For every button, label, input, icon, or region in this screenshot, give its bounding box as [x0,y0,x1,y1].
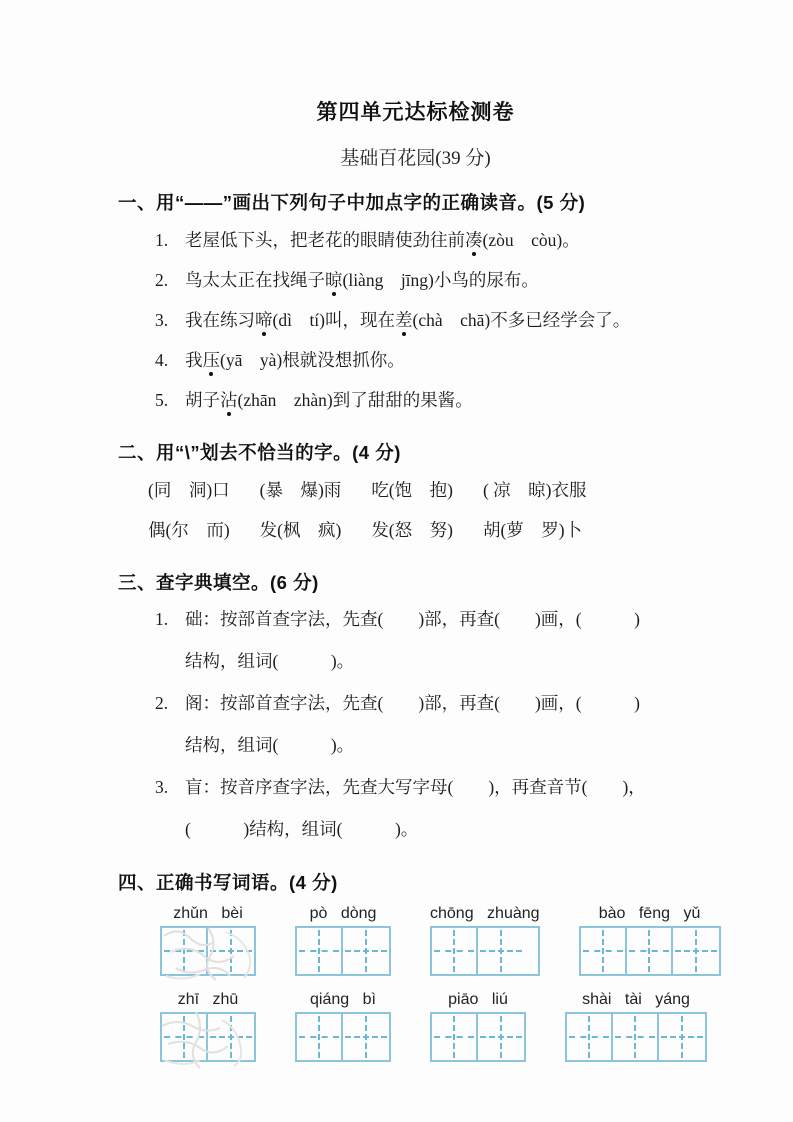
dotted-char: 啼 [255,310,273,330]
item-text: 我在练习啼(dì tí)叫，现在差(chà chā)不多已经学会了。 [185,300,630,340]
item-line-2: 结构，组词( )。 [185,640,640,682]
tianzige-grid [295,926,391,976]
writing-group: zhǔn bèi [160,905,256,976]
writing-row-1: zhǔn bèi pò dòng chōng zhuàng bào fēng y… [160,905,713,976]
page-subtitle: 基础百花园(39 分) [118,143,713,170]
word-choice-row-1: (同 洞)口 (暴 爆)雨 吃(饱 抱) ( 凉 晾)衣服 [148,470,713,510]
tianzige-cell [478,1014,524,1060]
item-line-1: 盲：按音序查字法，先查大写字母( )，再查音节( )， [185,766,646,808]
question-item-2: 2. 鸟太太正在找绳子晾(liàng jīng)小鸟的尿布。 [155,260,713,300]
writing-group: bào fēng yǔ [579,905,721,976]
tianzige-cell [297,928,343,974]
page-title: 第四单元达标检测卷 [118,96,713,126]
section-4-heading: 四、正确书写词语。(4 分) [118,871,713,895]
pinyin-label: chōng zhuàng [430,905,540,923]
word-choice: 发(怒 努) [371,510,453,550]
pinyin-label: bào fēng yǔ [579,905,721,923]
tianzige-grid [565,1012,707,1062]
item-line-2: 结构，组词( )。 [185,724,640,766]
word-choice: 偶(尔 而) [148,510,230,550]
tianzige-cell [673,928,719,974]
dictionary-item-2: 2. 阁：按部首查字法，先查( )部，再查( )画，( ) 结构，组词( )。 [155,682,713,766]
word-choice: ( 凉 晾)衣服 [483,470,587,510]
tianzige-cell [432,928,478,974]
item-line-1: 础：按部首查字法，先查( )部，再查( )画，( ) [185,598,640,640]
word-choice: 胡(萝 罗)卜 [483,510,582,550]
tianzige-cell [613,1014,659,1060]
dotted-char: 凑 [465,230,483,250]
word-choice: (暴 爆)雨 [260,470,342,510]
tianzige-cell [659,1014,705,1060]
tianzige-grid [579,926,721,976]
tianzige-cell [432,1014,478,1060]
pinyin-label: zhǔn bèi [160,905,256,923]
pinyin-label: shài tài yáng [565,991,707,1009]
writing-group: chōng zhuàng [430,905,540,976]
writing-group: pò dòng [295,905,391,976]
tianzige-grid [295,1012,391,1062]
tianzige-cell [297,1014,343,1060]
item-number: 2. [155,682,185,766]
section-3-items: 1. 础：按部首查字法，先查( )部，再查( )画，( ) 结构，组词( )。 … [118,598,713,850]
tianzige-cell [567,1014,613,1060]
question-item-5: 5. 胡子沾(zhān zhàn)到了甜甜的果酱。 [155,380,713,420]
writing-group: piāo liú [430,991,526,1062]
pinyin-label: piāo liú [430,991,526,1009]
item-number: 1. [155,220,185,260]
item-text: 胡子沾(zhān zhàn)到了甜甜的果酱。 [185,380,473,420]
question-item-1: 1. 老屋低下头，把老花的眼睛使劲往前凑(zòu còu)。 [155,220,713,260]
item-number: 3. [155,766,185,850]
tianzige-cell [581,928,627,974]
item-number: 2. [155,260,185,300]
section-1-heading: 一、用“——”画出下列句子中加点字的正确读音。(5 分) [118,191,713,215]
item-text: 老屋低下头，把老花的眼睛使劲往前凑(zòu còu)。 [185,220,580,260]
tianzige-cell [343,928,389,974]
item-number: 3. [155,300,185,340]
item-text: 我压(yā yà)根就没想抓你。 [185,340,405,380]
dictionary-item-1: 1. 础：按部首查字法，先查( )部，再查( )画，( ) 结构，组词( )。 [155,598,713,682]
section-1-items: 1. 老屋低下头，把老花的眼睛使劲往前凑(zòu còu)。 2. 鸟太太正在找… [118,220,713,420]
writing-row-2: zhī zhū qiáng bì piāo liú shài tài yáng [160,991,713,1062]
page-content: 第四单元达标检测卷 基础百花园(39 分) 一、用“——”画出下列句子中加点字的… [0,0,793,1062]
item-text: 础：按部首查字法，先查( )部，再查( )画，( ) 结构，组词( )。 [185,598,640,682]
word-choice-row-2: 偶(尔 而) 发(枫 疯) 发(怒 努) 胡(萝 罗)卜 [148,510,713,550]
question-item-4: 4. 我压(yā yà)根就没想抓你。 [155,340,713,380]
tianzige-cell [162,1014,208,1060]
tianzige-cell [627,928,673,974]
tianzige-grid [160,1012,256,1062]
dotted-char: 差 [395,310,413,330]
writing-group: shài tài yáng [565,991,707,1062]
pinyin-label: qiáng bì [295,991,391,1009]
tianzige-cell [478,928,524,974]
tianzige-cell [208,1014,254,1060]
item-number: 1. [155,598,185,682]
test-paper-page: 第四单元达标检测卷 基础百花园(39 分) 一、用“——”画出下列句子中加点字的… [0,0,793,1122]
item-line-2: ( )结构，组词( )。 [185,808,646,850]
section-2-heading: 二、用“\”划去不恰当的字。(4 分) [118,441,713,465]
item-text: 盲：按音序查字法，先查大写字母( )，再查音节( )， ( )结构，组词( )。 [185,766,646,850]
word-choice: 发(枫 疯) [260,510,342,550]
item-number: 4. [155,340,185,380]
tianzige-cell [162,928,208,974]
word-choice: (同 洞)口 [148,470,230,510]
item-text: 阁：按部首查字法，先查( )部，再查( )画，( ) 结构，组词( )。 [185,682,640,766]
question-item-3: 3. 我在练习啼(dì tí)叫，现在差(chà chā)不多已经学会了。 [155,300,713,340]
tianzige-grid [160,926,256,976]
item-number: 5. [155,380,185,420]
item-line-1: 阁：按部首查字法，先查( )部，再查( )画，( ) [185,682,640,724]
dotted-char: 沾 [220,390,238,410]
tianzige-cell [208,928,254,974]
writing-group: zhī zhū [160,991,256,1062]
pinyin-label: zhī zhū [160,991,256,1009]
tianzige-cell [343,1014,389,1060]
word-choice: 吃(饱 抱) [371,470,453,510]
dotted-char: 压 [203,350,221,370]
dotted-char: 晾 [325,270,343,290]
tianzige-grid [430,926,540,976]
section-3-heading: 三、查字典填空。(6 分) [118,571,713,595]
item-text: 鸟太太正在找绳子晾(liàng jīng)小鸟的尿布。 [185,260,539,300]
writing-group: qiáng bì [295,991,391,1062]
dictionary-item-3: 3. 盲：按音序查字法，先查大写字母( )，再查音节( )， ( )结构，组词(… [155,766,713,850]
tianzige-grid [430,1012,526,1062]
pinyin-label: pò dòng [295,905,391,923]
